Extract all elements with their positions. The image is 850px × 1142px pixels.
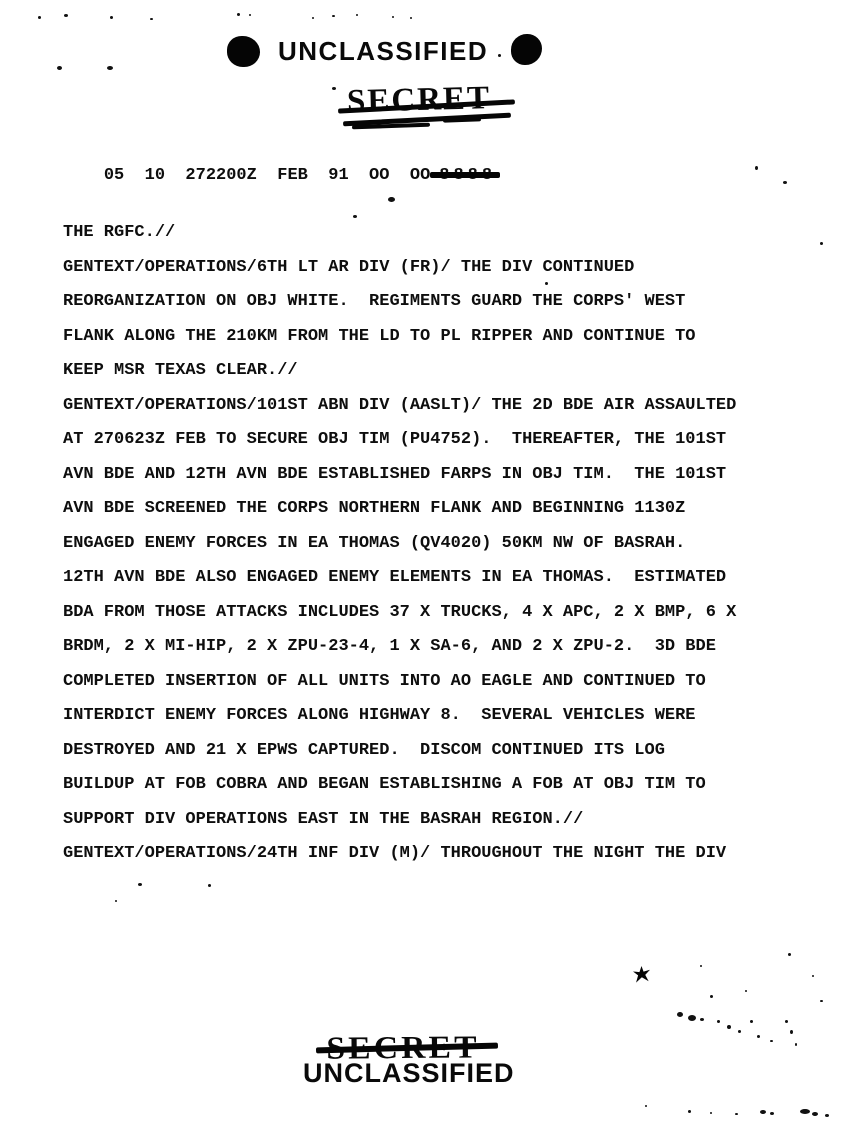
classification-banner-top: UNCLASSIFIED	[278, 38, 488, 64]
ink-speckle	[356, 14, 358, 16]
body-line: THE RGFC.//	[63, 216, 823, 251]
ink-speckle	[312, 17, 314, 19]
message-header-line: 05 10 272200Z FEB 91 OO OO8888	[63, 150, 496, 201]
body-line: INTERDICT ENEMY FORCES ALONG HIGHWAY 8. …	[63, 699, 823, 734]
ink-speckle	[57, 66, 62, 70]
ink-speckle	[700, 1018, 704, 1021]
redaction-strike-line	[430, 172, 500, 178]
body-line: COMPLETED INSERTION OF ALL UNITS INTO AO…	[63, 665, 823, 700]
body-line: GENTEXT/OPERATIONS/24TH INF DIV (M)/ THR…	[63, 837, 823, 872]
ink-speckle	[64, 14, 68, 17]
body-line: FLANK ALONG THE 210KM FROM THE LD TO PL …	[63, 320, 823, 355]
ink-speckle	[237, 13, 240, 16]
ink-speckle	[410, 17, 412, 19]
ink-speckle	[738, 1030, 741, 1033]
body-line: DESTROYED AND 21 X EPWS CAPTURED. DISCOM…	[63, 734, 823, 769]
ink-speckle	[788, 953, 791, 956]
body-line: KEEP MSR TEXAS CLEAR.//	[63, 354, 823, 389]
body-line: 12TH AVN BDE ALSO ENGAGED ENEMY ELEMENTS…	[63, 561, 823, 596]
ink-speckle	[498, 54, 501, 57]
ink-speckle	[700, 965, 702, 967]
body-line: AVN BDE SCREENED THE CORPS NORTHERN FLAN…	[63, 492, 823, 527]
ink-speckle	[107, 66, 113, 70]
body-line: ENGAGED ENEMY FORCES IN EA THOMAS (QV402…	[63, 527, 823, 562]
secret-stamp-top: SECRET	[347, 82, 492, 119]
ink-speckle	[785, 1020, 788, 1023]
ink-speckle	[755, 166, 758, 170]
ink-speckle	[750, 1020, 753, 1023]
ink-speckle	[110, 16, 113, 19]
ink-speckle	[138, 883, 142, 886]
ink-speckle	[717, 1020, 720, 1023]
ink-speckle	[388, 197, 395, 202]
punch-dot-icon	[511, 34, 542, 65]
ink-speckle	[820, 1000, 823, 1002]
ink-speckle	[332, 15, 335, 17]
body-line: REORGANIZATION ON OBJ WHITE. REGIMENTS G…	[63, 285, 823, 320]
ink-speckle	[353, 215, 357, 218]
ink-speckle	[770, 1112, 774, 1115]
ink-speckle	[545, 282, 548, 285]
ink-speckle	[727, 1025, 731, 1029]
ink-speckle	[760, 1110, 766, 1114]
message-body: THE RGFC.// GENTEXT/OPERATIONS/6TH LT AR…	[63, 216, 823, 872]
ink-speckle	[825, 1114, 829, 1117]
ink-speckle	[820, 242, 823, 245]
redacted-field: 8888	[439, 167, 496, 184]
ink-speckle	[150, 18, 153, 20]
ink-speckle	[249, 14, 251, 16]
ink-speckle	[392, 16, 394, 18]
punch-dot-icon	[227, 36, 260, 67]
ink-speckle	[783, 181, 787, 184]
ink-speckle	[812, 975, 814, 977]
ink-speckle	[115, 900, 117, 902]
ink-speckle	[645, 1105, 647, 1107]
ink-blot-icon	[633, 966, 650, 983]
ink-speckle	[800, 1109, 810, 1114]
ink-speckle	[208, 884, 211, 887]
body-line: BRDM, 2 X MI-HIP, 2 X ZPU-23-4, 1 X SA-6…	[63, 630, 823, 665]
ink-speckle	[770, 1040, 773, 1042]
ink-speckle	[677, 1012, 683, 1017]
ink-speckle	[735, 1113, 738, 1115]
ink-speckle	[38, 16, 41, 19]
dtg-text: 05 10 272200Z FEB 91 OO OO	[104, 166, 430, 185]
body-line: BDA FROM THOSE ATTACKS INCLUDES 37 X TRU…	[63, 596, 823, 631]
ink-speckle	[710, 1112, 712, 1114]
ink-speckle	[795, 1043, 797, 1046]
body-line: SUPPORT DIV OPERATIONS EAST IN THE BASRA…	[63, 803, 823, 838]
ink-speckle	[812, 1112, 818, 1116]
body-line: AVN BDE AND 12TH AVN BDE ESTABLISHED FAR…	[63, 458, 823, 493]
ink-speckle	[710, 995, 713, 998]
ink-speckle	[688, 1110, 691, 1113]
ink-speckle	[790, 1030, 793, 1034]
ink-speckle	[688, 1015, 696, 1021]
ink-speckle	[745, 990, 747, 992]
stamp-ghost-mark	[443, 117, 481, 122]
ink-speckle	[757, 1035, 760, 1038]
ink-speckle	[332, 87, 336, 90]
body-line: GENTEXT/OPERATIONS/6TH LT AR DIV (FR)/ T…	[63, 251, 823, 286]
scanned-document-page: UNCLASSIFIED SECRET 05 10 272200Z FEB 91…	[0, 0, 850, 1142]
body-line: BUILDUP AT FOB COBRA AND BEGAN ESTABLISH…	[63, 768, 823, 803]
classification-banner-bottom: UNCLASSIFIED	[303, 1060, 515, 1087]
body-line: AT 270623Z FEB TO SECURE OBJ TIM (PU4752…	[63, 423, 823, 458]
body-line: GENTEXT/OPERATIONS/101ST ABN DIV (AASLT)…	[63, 389, 823, 424]
